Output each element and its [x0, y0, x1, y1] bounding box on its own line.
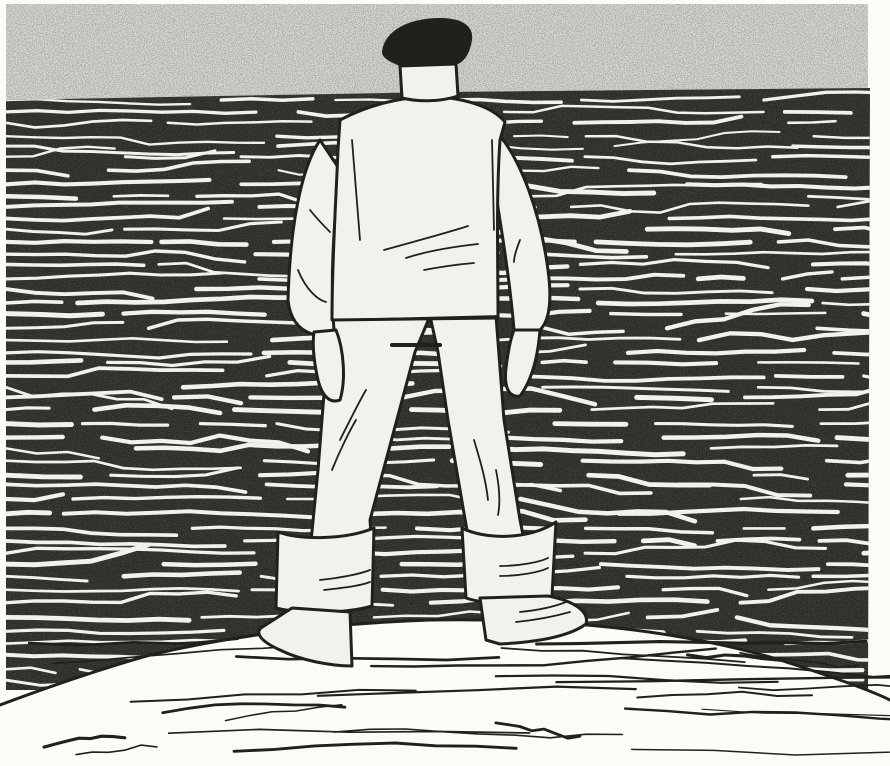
illustration: .cloth{fill:#f2f2ec;stroke:#1e211c;strok… — [0, 0, 890, 766]
left-rolled-cuff — [276, 528, 374, 612]
shore-rock — [0, 620, 890, 766]
neck — [400, 64, 458, 101]
